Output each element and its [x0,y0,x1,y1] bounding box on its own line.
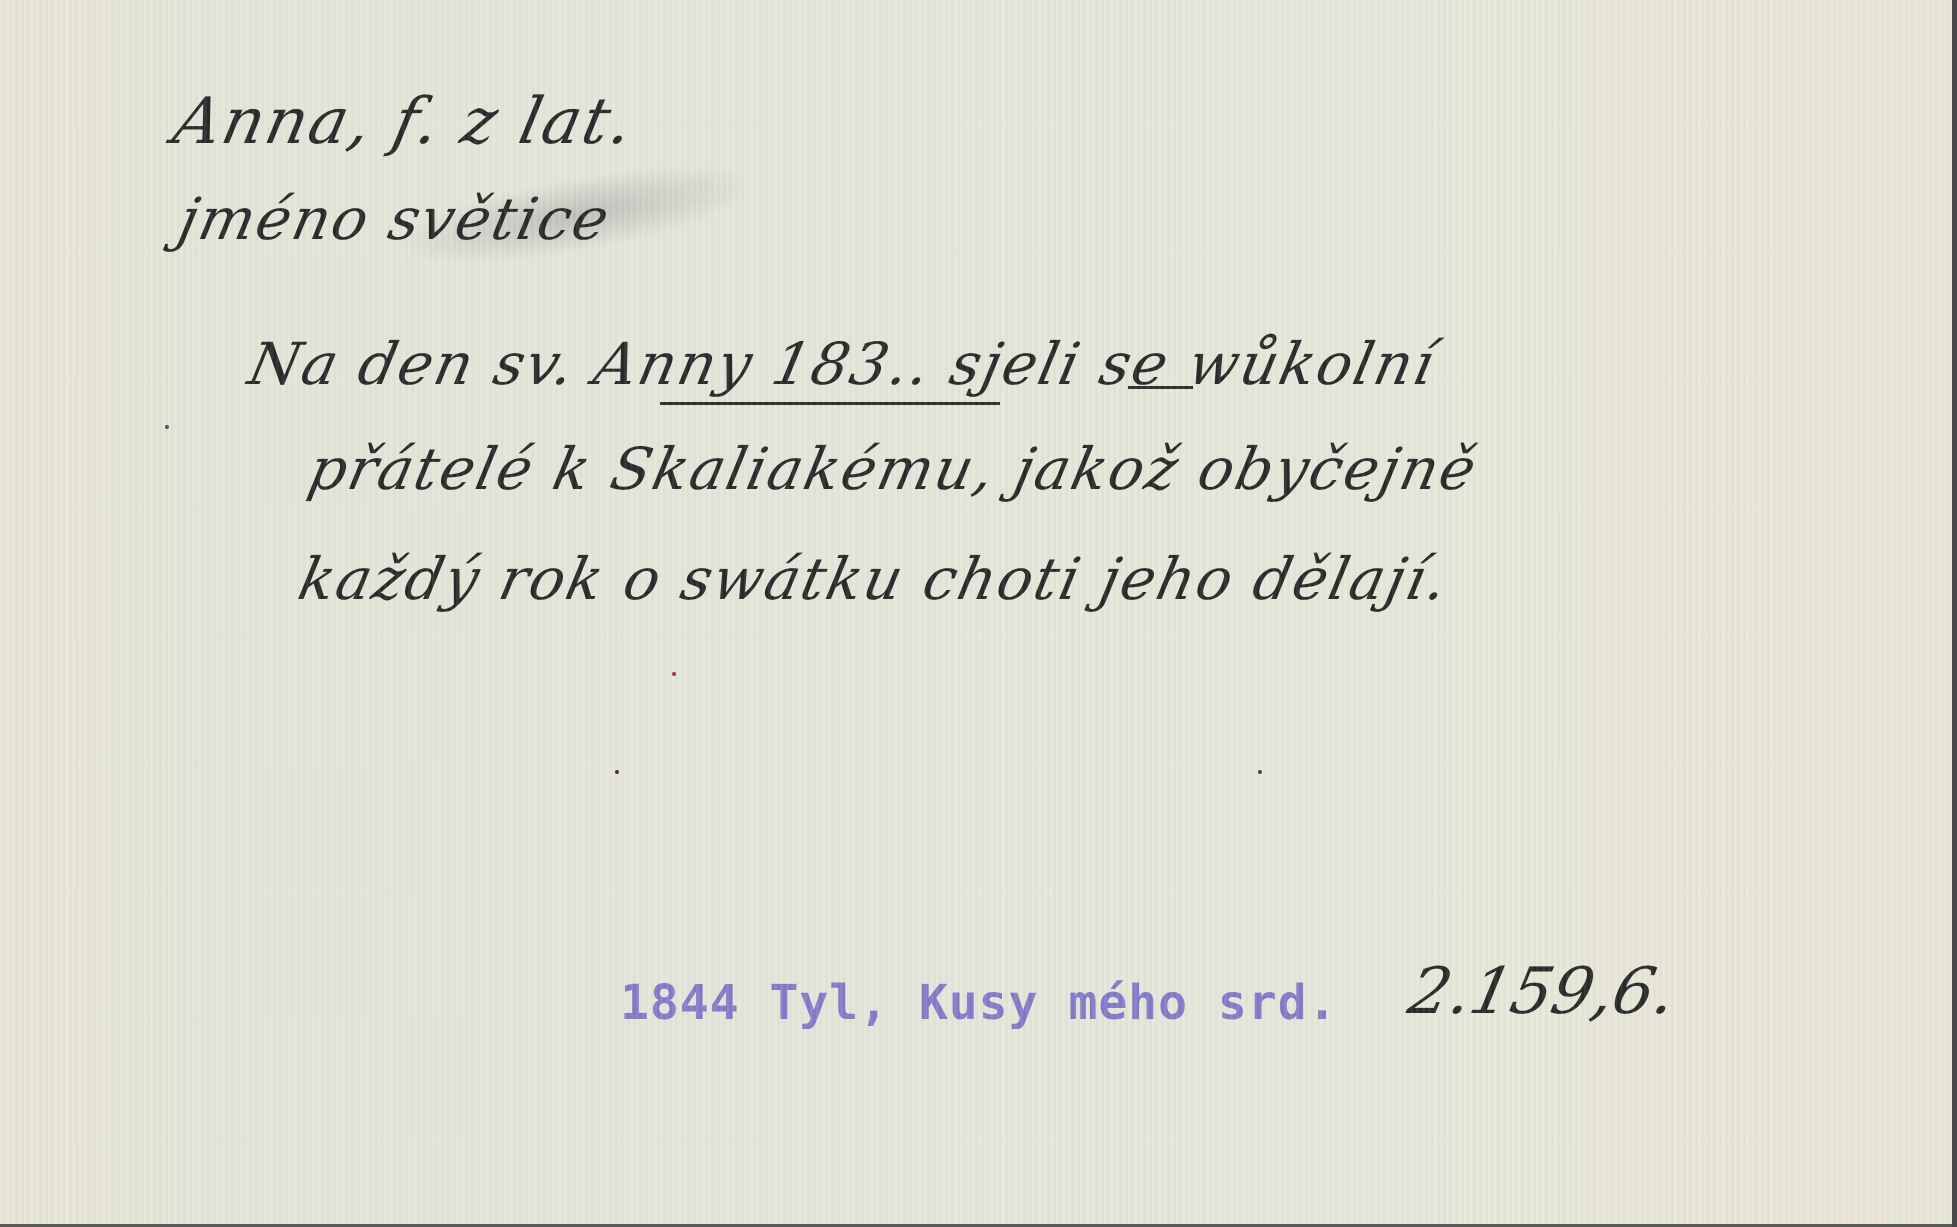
source-reference: 2.159,6. [1402,955,1682,1029]
underline-anny [660,402,1000,405]
speck [165,425,169,429]
index-card: Anna, f. z lat. jméno světice Na den sv.… [0,0,1952,1224]
red-speck [672,672,676,676]
speck [1258,770,1262,774]
speck [615,770,619,774]
quotation-line-2: přátelé k Skaliakému, jakož obyčejně [303,435,1484,503]
quotation-line-1: Na den sv. Anny 183.. sjeli se wůkolní [243,330,1442,398]
quotation-line-3: každý rok o swátku choti jeho dělají. [293,545,1456,613]
headword-line: Anna, f. z lat. [167,85,641,159]
underline-year-dots [1128,386,1193,389]
definition-line: jméno světice [173,185,617,253]
source-stamp: 1844 Tyl, Kusy mého srd. [620,975,1338,1031]
card-edge-shadow [1952,0,1957,1227]
